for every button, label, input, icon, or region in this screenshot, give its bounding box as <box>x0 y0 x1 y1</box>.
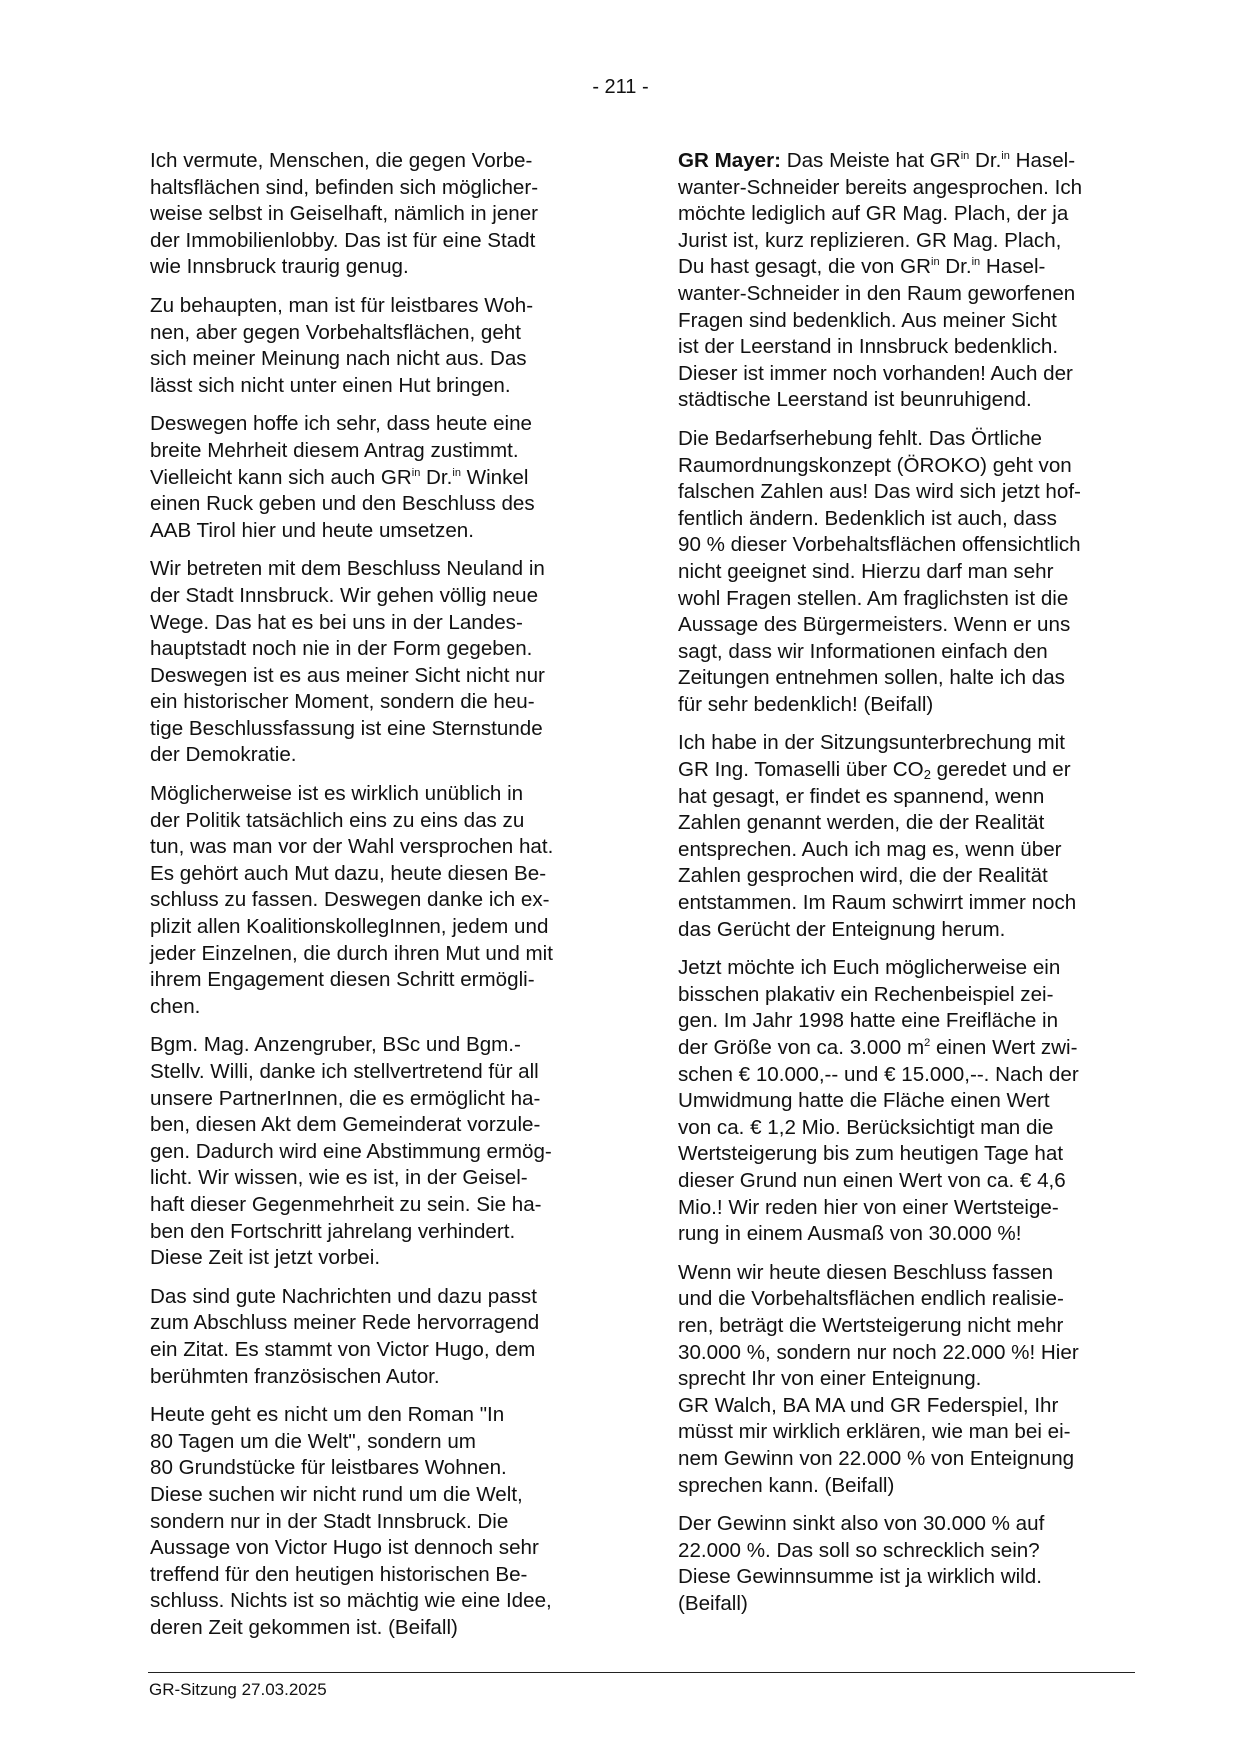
text-line: ben den Fortschritt jahrelang verhindert… <box>150 1219 620 1246</box>
text-line: Diese Gewinnsumme ist ja wirklich wild. <box>678 1564 1148 1591</box>
text-line: GR Ing. Tomaselli über CO2 geredet und e… <box>678 757 1148 784</box>
paragraph: Ich habe in der Sitzungsunterbrechung mi… <box>678 730 1148 943</box>
text-line: wanter-Schneider bereits angesprochen. I… <box>678 175 1148 202</box>
text-line: schluss. Nichts ist so mächtig wie eine … <box>150 1588 620 1615</box>
text-line: entstammen. Im Raum schwirrt immer noch <box>678 890 1148 917</box>
text-line: weise selbst in Geiselhaft, nämlich in j… <box>150 201 620 228</box>
text-line: 30.000 %, sondern nur noch 22.000 %! Hie… <box>678 1340 1148 1367</box>
text-line: unsere PartnerInnen, die es ermöglicht h… <box>150 1086 620 1113</box>
text-line: müsst mir wirklich erklären, wie man bei… <box>678 1419 1148 1446</box>
paragraph: Wir betreten mit dem Beschluss Neuland i… <box>150 556 620 769</box>
text-line: tige Beschlussfassung ist eine Sternstun… <box>150 716 620 743</box>
text-line: Du hast gesagt, die von GRin Dr.in Hasel… <box>678 254 1148 281</box>
text-line: möchte lediglich auf GR Mag. Plach, der … <box>678 201 1148 228</box>
text-line: Ich habe in der Sitzungsunterbrechung mi… <box>678 730 1148 757</box>
text-line: schen € 10.000,-- und € 15.000,--. Nach … <box>678 1062 1148 1089</box>
text-line: hat gesagt, er findet es spannend, wenn <box>678 784 1148 811</box>
text-line: Raumordnungskonzept (ÖROKO) geht von <box>678 453 1148 480</box>
text-line: sprecht Ihr von einer Enteignung. <box>678 1366 1148 1393</box>
text-line: fentlich ändern. Bedenklich ist auch, da… <box>678 506 1148 533</box>
text-line: schluss zu fassen. Deswegen danke ich ex… <box>150 887 620 914</box>
page-number: - 211 - <box>0 76 1241 99</box>
text-line: Dieser ist immer noch vorhanden! Auch de… <box>678 361 1148 388</box>
text-line: Zahlen genannt werden, die der Realität <box>678 810 1148 837</box>
footer-divider <box>148 1672 1135 1673</box>
text-line: dieser Grund nun einen Wert von ca. € 4,… <box>678 1168 1148 1195</box>
speaker-name: GR Mayer: <box>678 149 781 172</box>
paragraph: Wenn wir heute diesen Beschluss fassenun… <box>678 1260 1148 1499</box>
text-line: treffend für den heutigen historischen B… <box>150 1562 620 1589</box>
text-line: deren Zeit gekommen ist. (Beifall) <box>150 1615 620 1642</box>
text-line: Zeitungen entnehmen sollen, halte ich da… <box>678 665 1148 692</box>
paragraph: Der Gewinn sinkt also von 30.000 % auf22… <box>678 1511 1148 1617</box>
paragraph: Zu behaupten, man ist für leistbares Woh… <box>150 293 620 399</box>
text-line: der Demokratie. <box>150 742 620 769</box>
paragraph: Das sind gute Nachrichten und dazu passt… <box>150 1284 620 1390</box>
text-line: chen. <box>150 994 620 1021</box>
text-line: sich meiner Meinung nach nicht aus. Das <box>150 346 620 373</box>
text-line: von ca. € 1,2 Mio. Berücksichtigt man di… <box>678 1115 1148 1142</box>
text-line: ist der Leerstand in Innsbruck bedenklic… <box>678 334 1148 361</box>
text-line: das Gerücht der Enteignung herum. <box>678 917 1148 944</box>
text-line: plizit allen KoalitionskollegInnen, jede… <box>150 914 620 941</box>
text-line: Fragen sind bedenklich. Aus meiner Sicht <box>678 308 1148 335</box>
paragraph: Möglicherweise ist es wirklich unüblich … <box>150 781 620 1020</box>
text-line: Wenn wir heute diesen Beschluss fassen <box>678 1260 1148 1287</box>
text-line: ein historischer Moment, sondern die heu… <box>150 689 620 716</box>
text-line: rung in einem Ausmaß von 30.000 %! <box>678 1221 1148 1248</box>
text-line: jeder Einzelnen, die durch ihren Mut und… <box>150 941 620 968</box>
text-line: falschen Zahlen aus! Das wird sich jetzt… <box>678 479 1148 506</box>
text-line: 90 % dieser Vorbehaltsflächen offensicht… <box>678 532 1148 559</box>
text-line: Zahlen gesprochen wird, die der Realität <box>678 863 1148 890</box>
text-line: Mio.! Wir reden hier von einer Wertsteig… <box>678 1195 1148 1222</box>
text-line: haltsflächen sind, befinden sich möglich… <box>150 175 620 202</box>
text-line: für sehr bedenklich! (Beifall) <box>678 692 1148 719</box>
text-line: licht. Wir wissen, wie es ist, in der Ge… <box>150 1165 620 1192</box>
paragraph: GR Mayer: Das Meiste hat GRin Dr.in Hase… <box>678 148 1148 414</box>
text-line: der Stadt Innsbruck. Wir gehen völlig ne… <box>150 583 620 610</box>
text-line: gen. Dadurch wird eine Abstimmung ermög- <box>150 1139 620 1166</box>
text-line: Diese Zeit ist jetzt vorbei. <box>150 1245 620 1272</box>
text-line: sprechen kann. (Beifall) <box>678 1473 1148 1500</box>
text-line: Deswegen hoffe ich sehr, dass heute eine <box>150 411 620 438</box>
text-line: Jetzt möchte ich Euch möglicherweise ein <box>678 955 1148 982</box>
paragraph: Ich vermute, Menschen, die gegen Vorbe-h… <box>150 148 620 281</box>
text-line: Diese suchen wir nicht rund um die Welt, <box>150 1482 620 1509</box>
paragraph: Jetzt möchte ich Euch möglicherweise ein… <box>678 955 1148 1248</box>
text-line: hauptstadt noch nie in der Form gegeben. <box>150 636 620 663</box>
text-line: Aussage von Victor Hugo ist dennoch sehr <box>150 1535 620 1562</box>
text-line: Deswegen ist es aus meiner Sicht nicht n… <box>150 663 620 690</box>
text-line: berühmten französischen Autor. <box>150 1364 620 1391</box>
text-line: Aussage des Bürgermeisters. Wenn er uns <box>678 612 1148 639</box>
text-line: Der Gewinn sinkt also von 30.000 % auf <box>678 1511 1148 1538</box>
text-line: nicht geeignet sind. Hierzu darf man seh… <box>678 559 1148 586</box>
text-line: 80 Tagen um die Welt", sondern um <box>150 1429 620 1456</box>
text-line: Bgm. Mag. Anzengruber, BSc und Bgm.- <box>150 1032 620 1059</box>
text-line: wanter-Schneider in den Raum geworfenen <box>678 281 1148 308</box>
right-column: GR Mayer: Das Meiste hat GRin Dr.in Hase… <box>678 148 1148 1629</box>
text-line: nem Gewinn von 22.000 % von Enteignung <box>678 1446 1148 1473</box>
text-line: Wege. Das hat es bei uns in der Landes- <box>150 610 620 637</box>
text-line: haft dieser Gegenmehrheit zu sein. Sie h… <box>150 1192 620 1219</box>
paragraph: Deswegen hoffe ich sehr, dass heute eine… <box>150 411 620 544</box>
text-line: und die Vorbehaltsflächen endlich realis… <box>678 1286 1148 1313</box>
text-line: Möglicherweise ist es wirklich unüblich … <box>150 781 620 808</box>
text-line: Zu behaupten, man ist für leistbares Woh… <box>150 293 620 320</box>
text-line: städtische Leerstand ist beunruhigend. <box>678 387 1148 414</box>
text-line: entsprechen. Auch ich mag es, wenn über <box>678 837 1148 864</box>
text-line: bisschen plakativ ein Rechenbeispiel zei… <box>678 982 1148 1009</box>
text-line: Das sind gute Nachrichten und dazu passt <box>150 1284 620 1311</box>
text-line: Es gehört auch Mut dazu, heute diesen Be… <box>150 861 620 888</box>
text-line: der Größe von ca. 3.000 m2 einen Wert zw… <box>678 1035 1148 1062</box>
text-line: Ich vermute, Menschen, die gegen Vorbe- <box>150 148 620 175</box>
text-line: ren, beträgt die Wertsteigerung nicht me… <box>678 1313 1148 1340</box>
text-line: Vielleicht kann sich auch GRin Dr.in Win… <box>150 465 620 492</box>
paragraph: Bgm. Mag. Anzengruber, BSc und Bgm.-Stel… <box>150 1032 620 1271</box>
text-line: sagt, dass wir Informationen einfach den <box>678 639 1148 666</box>
text-line: AAB Tirol hier und heute umsetzen. <box>150 518 620 545</box>
text-line: Heute geht es nicht um den Roman "In <box>150 1402 620 1429</box>
text-line: 22.000 %. Das soll so schrecklich sein? <box>678 1538 1148 1565</box>
text-line: ein Zitat. Es stammt von Victor Hugo, de… <box>150 1337 620 1364</box>
left-column: Ich vermute, Menschen, die gegen Vorbe-h… <box>150 148 620 1653</box>
paragraph: Heute geht es nicht um den Roman "In80 T… <box>150 1402 620 1641</box>
text-line: wohl Fragen stellen. Am fraglichsten ist… <box>678 586 1148 613</box>
text-line: Wertsteigerung bis zum heutigen Tage hat <box>678 1141 1148 1168</box>
text-line: Umwidmung hatte die Fläche einen Wert <box>678 1088 1148 1115</box>
text-line: sondern nur in der Stadt Innsbruck. Die <box>150 1509 620 1536</box>
text-line: tun, was man vor der Wahl versprochen ha… <box>150 834 620 861</box>
text-line: Jurist ist, kurz replizieren. GR Mag. Pl… <box>678 228 1148 255</box>
text-line: wie Innsbruck traurig genug. <box>150 254 620 281</box>
text-line: Stellv. Willi, danke ich stellvertretend… <box>150 1059 620 1086</box>
text-line: gen. Im Jahr 1998 hatte eine Freifläche … <box>678 1008 1148 1035</box>
text-line: (Beifall) <box>678 1591 1148 1618</box>
text-line: der Immobilienlobby. Das ist für eine St… <box>150 228 620 255</box>
text-line: Die Bedarfserhebung fehlt. Das Örtliche <box>678 426 1148 453</box>
footer-session-date: GR-Sitzung 27.03.2025 <box>149 1680 327 1700</box>
text-line: GR Walch, BA MA und GR Federspiel, Ihr <box>678 1393 1148 1420</box>
text-line: ihrem Engagement diesen Schritt ermögli- <box>150 967 620 994</box>
text-line: einen Ruck geben und den Beschluss des <box>150 491 620 518</box>
text-line: der Politik tatsächlich eins zu eins das… <box>150 808 620 835</box>
text-line: zum Abschluss meiner Rede hervorragend <box>150 1310 620 1337</box>
paragraph: Die Bedarfserhebung fehlt. Das ÖrtlicheR… <box>678 426 1148 719</box>
text-line: GR Mayer: Das Meiste hat GRin Dr.in Hase… <box>678 148 1148 175</box>
text-line: breite Mehrheit diesem Antrag zustimmt. <box>150 438 620 465</box>
text-line: 80 Grundstücke für leistbares Wohnen. <box>150 1455 620 1482</box>
text-line: nen, aber gegen Vorbehaltsflächen, geht <box>150 320 620 347</box>
text-line: ben, diesen Akt dem Gemeinderat vorzule- <box>150 1112 620 1139</box>
text-line: Wir betreten mit dem Beschluss Neuland i… <box>150 556 620 583</box>
text-line: lässt sich nicht unter einen Hut bringen… <box>150 373 620 400</box>
